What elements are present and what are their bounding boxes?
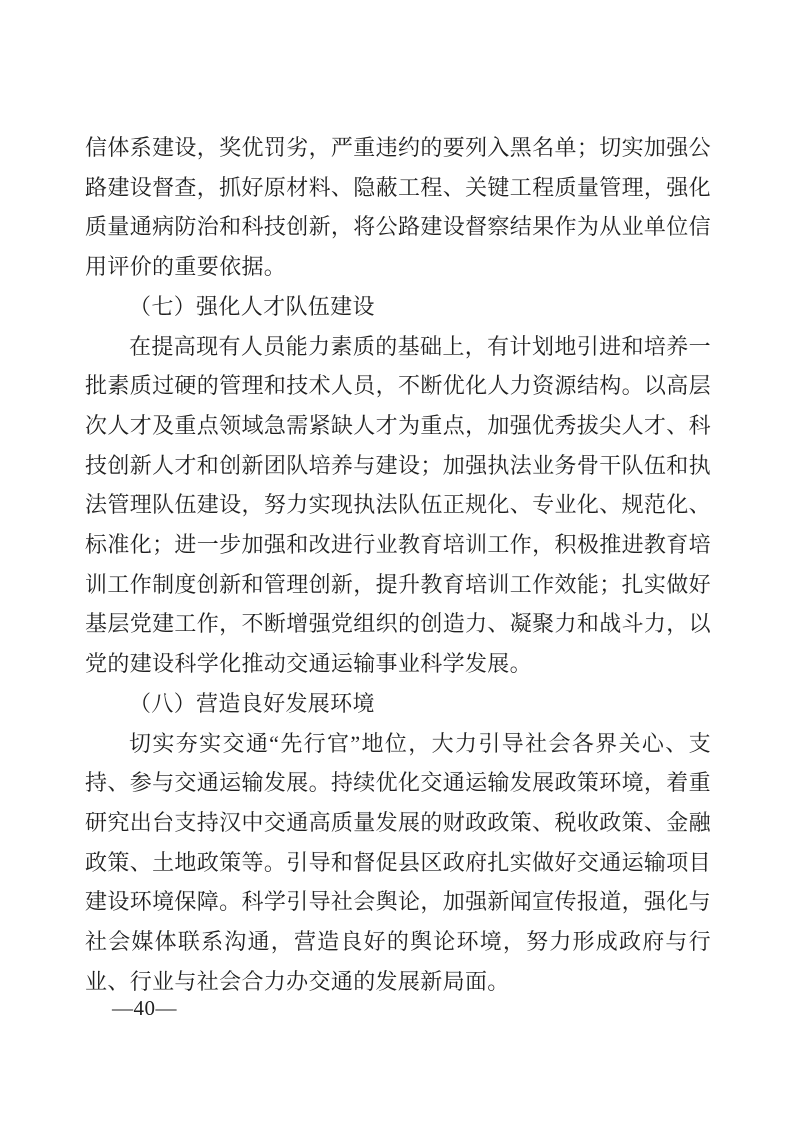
paragraph-talent-team-building: 在提高现有人员能力素质的基础上，有计划地引进和培养一批素质过硬的管理和技术人员，… <box>85 327 711 684</box>
document-page: 信体系建设，奖优罚劣，严重违约的要列入黑名单；切实加强公路建设督查，抓好原材料、… <box>0 0 793 1122</box>
paragraph-credit-system-continuation: 信体系建设，奖优罚劣，严重违约的要列入黑名单；切实加强公路建设督查，抓好原材料、… <box>85 128 711 287</box>
section-heading-8-development-environment: （八）营造良好发展环境 <box>85 684 711 724</box>
paragraph-development-environment: 切实夯实交通“先行官”地位，大力引导社会各界关心、支持、参与交通运输发展。持续优… <box>85 724 711 1002</box>
document-body: 信体系建设，奖优罚劣，严重违约的要列入黑名单；切实加强公路建设督查，抓好原材料、… <box>85 128 711 1001</box>
section-heading-7-talent-team: （七）强化人才队伍建设 <box>85 287 711 327</box>
page-number: —40— <box>112 996 177 1021</box>
